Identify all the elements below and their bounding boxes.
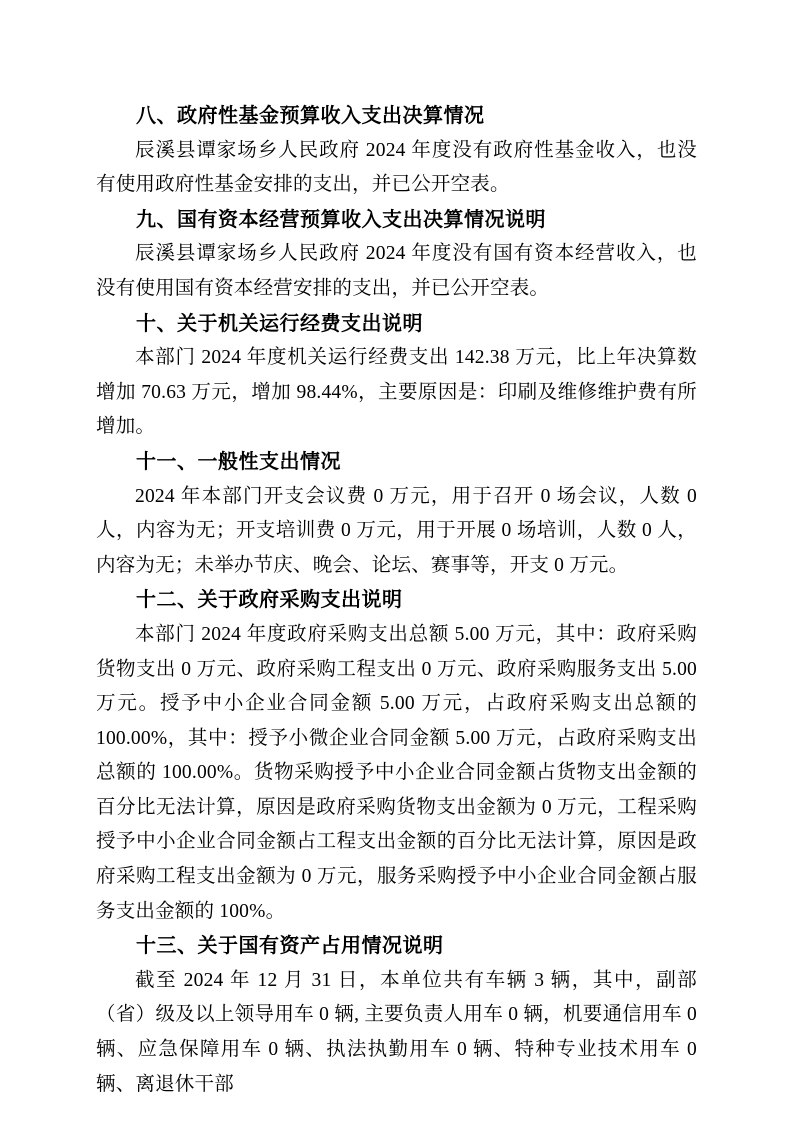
section-paragraph: 截至 2024 年 12 月 31 日，本单位共有车辆 3 辆，其中，副部（省）… <box>96 964 697 1102</box>
section-heading: 八、政府性基金预算收入支出决算情况 <box>96 99 697 134</box>
section-government-procurement: 十二、关于政府采购支出说明 本部门 2024 年度政府采购支出总额 5.00 万… <box>96 583 697 929</box>
section-heading: 九、国有资本经营预算收入支出决算情况说明 <box>96 203 697 238</box>
section-paragraph: 辰溪县谭家场乡人民政府 2024 年度没有国有资本经营收入，也没有使用国有资本经… <box>96 237 697 306</box>
section-agency-operating-expense: 十、关于机关运行经费支出说明 本部门 2024 年度机关运行经费支出 142.3… <box>96 307 697 445</box>
section-heading: 十二、关于政府采购支出说明 <box>96 583 697 618</box>
section-heading: 十、关于机关运行经费支出说明 <box>96 307 697 342</box>
section-paragraph: 本部门 2024 年度机关运行经费支出 142.38 万元，比上年决算数增加 7… <box>96 341 697 445</box>
section-heading: 十一、一般性支出情况 <box>96 445 697 480</box>
section-gov-fund-budget: 八、政府性基金预算收入支出决算情况 辰溪县谭家场乡人民政府 2024 年度没有政… <box>96 99 697 203</box>
section-paragraph: 2024 年本部门开支会议费 0 万元，用于召开 0 场会议，人数 0 人，内容… <box>96 480 697 584</box>
section-paragraph: 本部门 2024 年度政府采购支出总额 5.00 万元，其中：政府采购货物支出 … <box>96 618 697 929</box>
section-state-asset-occupancy: 十三、关于国有资产占用情况说明 截至 2024 年 12 月 31 日，本单位共… <box>96 929 697 1102</box>
section-state-capital-budget: 九、国有资本经营预算收入支出决算情况说明 辰溪县谭家场乡人民政府 2024 年度… <box>96 203 697 307</box>
section-general-expenditure: 十一、一般性支出情况 2024 年本部门开支会议费 0 万元，用于召开 0 场会… <box>96 445 697 583</box>
document-page: 八、政府性基金预算收入支出决算情况 辰溪县谭家场乡人民政府 2024 年度没有政… <box>0 0 793 1122</box>
section-heading: 十三、关于国有资产占用情况说明 <box>96 929 697 964</box>
section-paragraph: 辰溪县谭家场乡人民政府 2024 年度没有政府性基金收入，也没有使用政府性基金安… <box>96 134 697 203</box>
